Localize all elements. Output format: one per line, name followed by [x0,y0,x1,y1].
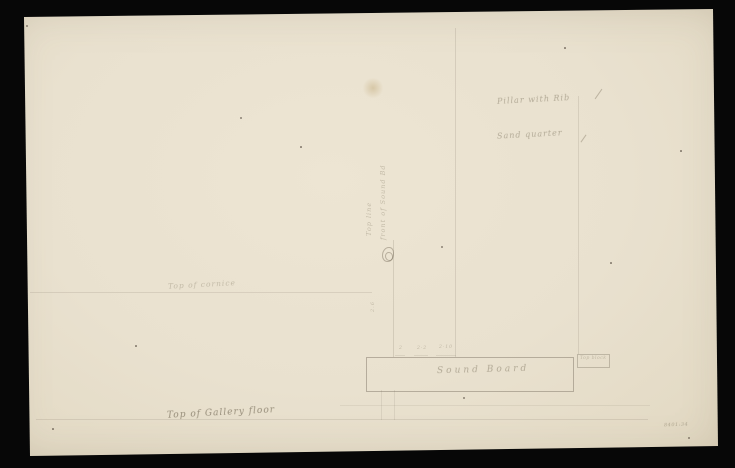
paper-speck [688,437,690,439]
paper-stain [362,78,384,98]
column-dimension-note: 2.6 [371,301,376,312]
tick-label-2: 2·2 [417,347,427,352]
tick-dash-3 [436,355,456,356]
tick-dash-2 [414,355,428,356]
tick-label-3: 2·10 [439,346,453,351]
rotated-note-line1: Top line [366,202,373,236]
paper-speck [441,246,443,248]
paper-speck [300,146,302,148]
vertical-construction-line-right [578,96,579,354]
photograph-backdrop: 2.6 Sound Board Top block 2 2·2 2·10 Top… [0,0,735,468]
rotated-note-line2: front of Sound Bd [380,164,387,240]
paper-speck [680,150,682,152]
paper-speck [610,262,612,264]
vertical-construction-line-center [455,28,456,357]
column-capital-scribble-inner [385,252,393,261]
tick-dash-1 [395,355,405,356]
horizontal-cornice-line [30,292,372,293]
top-block-label: Top block [580,357,606,362]
paper-speck [240,117,242,119]
horizontal-gallery-floor-line [36,419,648,420]
projection-line-left [381,390,382,420]
paper-speck [564,47,566,49]
projection-line-right [394,390,395,420]
paper-speck [26,25,28,27]
accession-number: 8401:34 [664,423,688,429]
tick-label-1: 2 [399,347,403,352]
horizontal-datum-line [340,405,650,406]
paper-speck [463,397,465,399]
paper-speck [135,345,137,347]
paper-speck [52,428,54,430]
